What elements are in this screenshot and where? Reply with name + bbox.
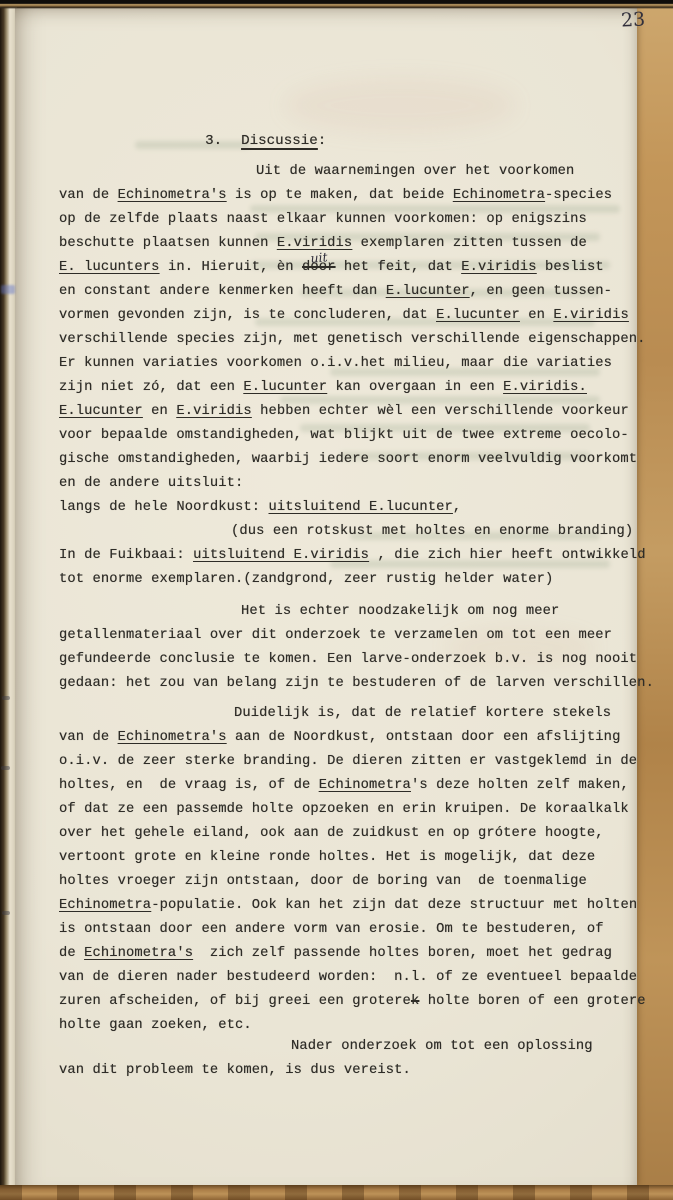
text-line: o.i.v. de zeer sterke branding. De diere… [59,750,637,774]
text-line: zuren afscheiden, of bij greei een grote… [59,990,637,1014]
text-run: en constant andere kenmerken heeft dan [59,284,386,299]
text-line: getallenmateriaal over dit onderzoek te … [59,624,637,648]
text-run: van dit probleem te komen, is dus vereis… [59,1063,411,1078]
underlined-text: E.viridis [461,260,536,275]
text-line: beschutte plaatsen kunnen E.viridis exem… [59,232,637,256]
paper-sheet: 23 3.Discussie: Uit de waarnemingen over… [15,8,637,1188]
text-run: zijn niet zó, dat een [59,380,243,395]
text-run: is ontstaan door een andere vorm van ero… [59,922,604,937]
underlined-text: E.lucunter [386,284,470,299]
text-run: holtes, en de vraag is, of de [59,778,319,793]
underlined-text: E.viridis. [503,380,587,395]
text-run: beslist [537,260,604,275]
text-run: Het is echter noodzakelijk om nog meer [241,604,559,619]
text-line: gische omstandigheden, waarbij iedere so… [59,448,637,472]
page-bottom-edge [0,1185,673,1200]
text-run: vertoont grote en kleine ronde holtes. H… [59,850,595,865]
text-run: 's deze holten zelf maken, [411,778,629,793]
text-run: , en geen tussen- [470,284,612,299]
text-line: holtes, en de vraag is, of de Echinometr… [59,774,637,798]
text-line: verschillende species zijn, met genetisc… [59,328,637,352]
text-line: holtes vroeger zijn ontstaan, door de bo… [59,870,637,894]
underlined-text: uitsluitend E.lucunter [269,500,453,515]
text-line: In de Fuikbaai: uitsluitend E.viridis , … [59,544,637,568]
text-run: In de Fuikbaai: [59,548,193,563]
underlined-text: Echinometra's [84,946,193,961]
text-run: gedaan: het zou van belang zijn te bestu… [59,676,654,691]
text-run: in. Hieruit, èn [160,260,302,275]
text-run: op de zelfde plaats naast elkaar kunnen … [59,212,587,227]
text-run: , [453,500,461,515]
text-run: en [520,308,554,323]
text-run: gische omstandigheden, waarbij iedere so… [59,452,637,467]
text-run: verschillende species zijn, met genetisc… [59,332,646,347]
text-line: gefundeerde conclusie te komen. Een larv… [59,648,637,672]
text-line: langs de hele Noordkust: uitsluitend E.l… [59,496,637,520]
text-line: gedaan: het zou van belang zijn te bestu… [59,672,637,696]
paragraph: Duidelijk is, dat de relatief kortere st… [59,702,637,1038]
text-run: van de dieren nader bestudeerd worden: n… [59,970,637,985]
scanned-page: 23 3.Discussie: Uit de waarnemingen over… [0,0,673,1200]
typewritten-text: Uit de waarnemingen over het voorkomenva… [59,8,637,1188]
text-line: van dit probleem te komen, is dus vereis… [59,1059,637,1083]
text-run: van de [59,730,118,745]
text-run: o.i.v. de zeer sterke branding. De diere… [59,754,637,769]
text-run: voor bepaalde omstandigheden, wat blijkt… [59,428,629,443]
underlined-text: E.lucunter [243,380,327,395]
text-run: kan overgaan in een [327,380,503,395]
text-line: Het is echter noodzakelijk om nog meer [59,600,637,624]
text-line: en de andere uitsluit: [59,472,637,496]
underlined-text: E.lucunter [59,404,143,419]
text-line: is ontstaan door een andere vorm van ero… [59,918,637,942]
text-run: holte gaan zoeken, etc. [59,1018,252,1033]
text-run: het feit, dat [336,260,462,275]
text-run: langs de hele Noordkust: [59,500,269,515]
text-line: vormen gevonden zijn, is te concluderen,… [59,304,637,328]
text-line: voor bepaalde omstandigheden, wat blijkt… [59,424,637,448]
underlined-text: E.viridis [553,308,628,323]
text-run: is op te maken, dat beide [227,188,453,203]
text-run: hebben echter wèl een verschillende voor… [252,404,629,419]
text-line: Echinometra-populatie. Ook kan het zijn … [59,894,637,918]
paragraph: Het is echter noodzakelijk om nog meerge… [59,600,637,696]
text-run: , die zich hier heeft ontwikkeld [369,548,646,563]
text-run: Nader onderzoek om tot een oplossing [291,1039,593,1054]
text-line: van de Echinometra's is op te maken, dat… [59,184,637,208]
text-run: gefundeerde conclusie te komen. Een larv… [59,652,637,667]
edge-mark [1,766,10,770]
underlined-text: Echinometra's [118,730,227,745]
underlined-text: Echinometra [319,778,411,793]
text-line: Er kunnen variaties voorkomen o.i.v.het … [59,352,637,376]
paragraph: Uit de waarnemingen over het voorkomenva… [59,160,637,592]
text-run: exemplaren zitten tussen de [352,236,587,251]
text-line: op de zelfde plaats naast elkaar kunnen … [59,208,637,232]
text-line: (dus een rotskust met holtes en enorme b… [59,520,637,544]
text-run: Er kunnen variaties voorkomen o.i.v.het … [59,356,612,371]
text-run: zuren afscheiden, of bij greei een grote… [59,994,411,1009]
text-line: of dat ze een passemde holte opzoeken en… [59,798,637,822]
underlined-text: E.viridis [176,404,251,419]
struck-text: dooruit [302,260,336,275]
text-run: en de andere uitsluit: [59,476,243,491]
edge-mark [2,911,10,915]
text-line: E.lucunter en E.viridis hebben echter wè… [59,400,637,424]
text-run: getallenmateriaal over dit onderzoek te … [59,628,612,643]
text-line: zijn niet zó, dat een E.lucunter kan ove… [59,376,637,400]
text-run: holte boren of een grotere [419,994,645,1009]
text-line: Uit de waarnemingen over het voorkomen [59,160,637,184]
text-run: (dus een rotskust met holtes en enorme b… [231,524,633,539]
text-line: over het gehele eiland, ook aan de zuidk… [59,822,637,846]
text-run: van de [59,188,118,203]
handwritten-correction: uit [309,245,328,270]
text-line: van de dieren nader bestudeerd worden: n… [59,966,637,990]
text-run: vormen gevonden zijn, is te concluderen,… [59,308,436,323]
text-run: beschutte plaatsen kunnen [59,236,277,251]
underlined-text: uitsluitend E.viridis [193,548,369,563]
text-run: tot enorme exemplaren.(zandgrond, zeer r… [59,572,553,587]
underlined-text: Echinometra [59,898,151,913]
text-line: van de Echinometra's aan de Noordkust, o… [59,726,637,750]
edge-mark [1,285,15,294]
text-run: zich zelf passende holtes boren, moet he… [193,946,612,961]
text-run: of dat ze een passemde holte opzoeken en… [59,802,629,817]
page-top-edge [0,0,673,9]
text-run: Uit de waarnemingen over het voorkomen [256,164,574,179]
text-run: -populatie. Ook kan het zijn dat deze st… [151,898,637,913]
paragraph: Nader onderzoek om tot een oplossingvan … [59,1035,637,1083]
text-run: over het gehele eiland, ook aan de zuidk… [59,826,604,841]
text-run: aan de Noordkust, ontstaan door een afsl… [227,730,621,745]
text-line: E. lucunters in. Hieruit, èn dooruit het… [59,256,637,280]
underlined-text: Echinometra's [118,188,227,203]
text-run: de [59,946,84,961]
text-line: vertoont grote en kleine ronde holtes. H… [59,846,637,870]
text-line: Nader onderzoek om tot een oplossing [59,1035,637,1059]
text-run: Duidelijk is, dat de relatief kortere st… [234,706,611,721]
text-line: de Echinometra's zich zelf passende holt… [59,942,637,966]
text-run: -species [545,188,612,203]
text-line: Duidelijk is, dat de relatief kortere st… [59,702,637,726]
underlined-text: Echinometra [453,188,545,203]
text-run: holtes vroeger zijn ontstaan, door de bo… [59,874,587,889]
underlined-text: E.lucunter [436,308,520,323]
text-line: tot enorme exemplaren.(zandgrond, zeer r… [59,568,637,592]
underlined-text: E. lucunters [59,260,160,275]
edge-mark [2,696,10,700]
text-run: en [143,404,177,419]
text-line: en constant andere kenmerken heeft dan E… [59,280,637,304]
